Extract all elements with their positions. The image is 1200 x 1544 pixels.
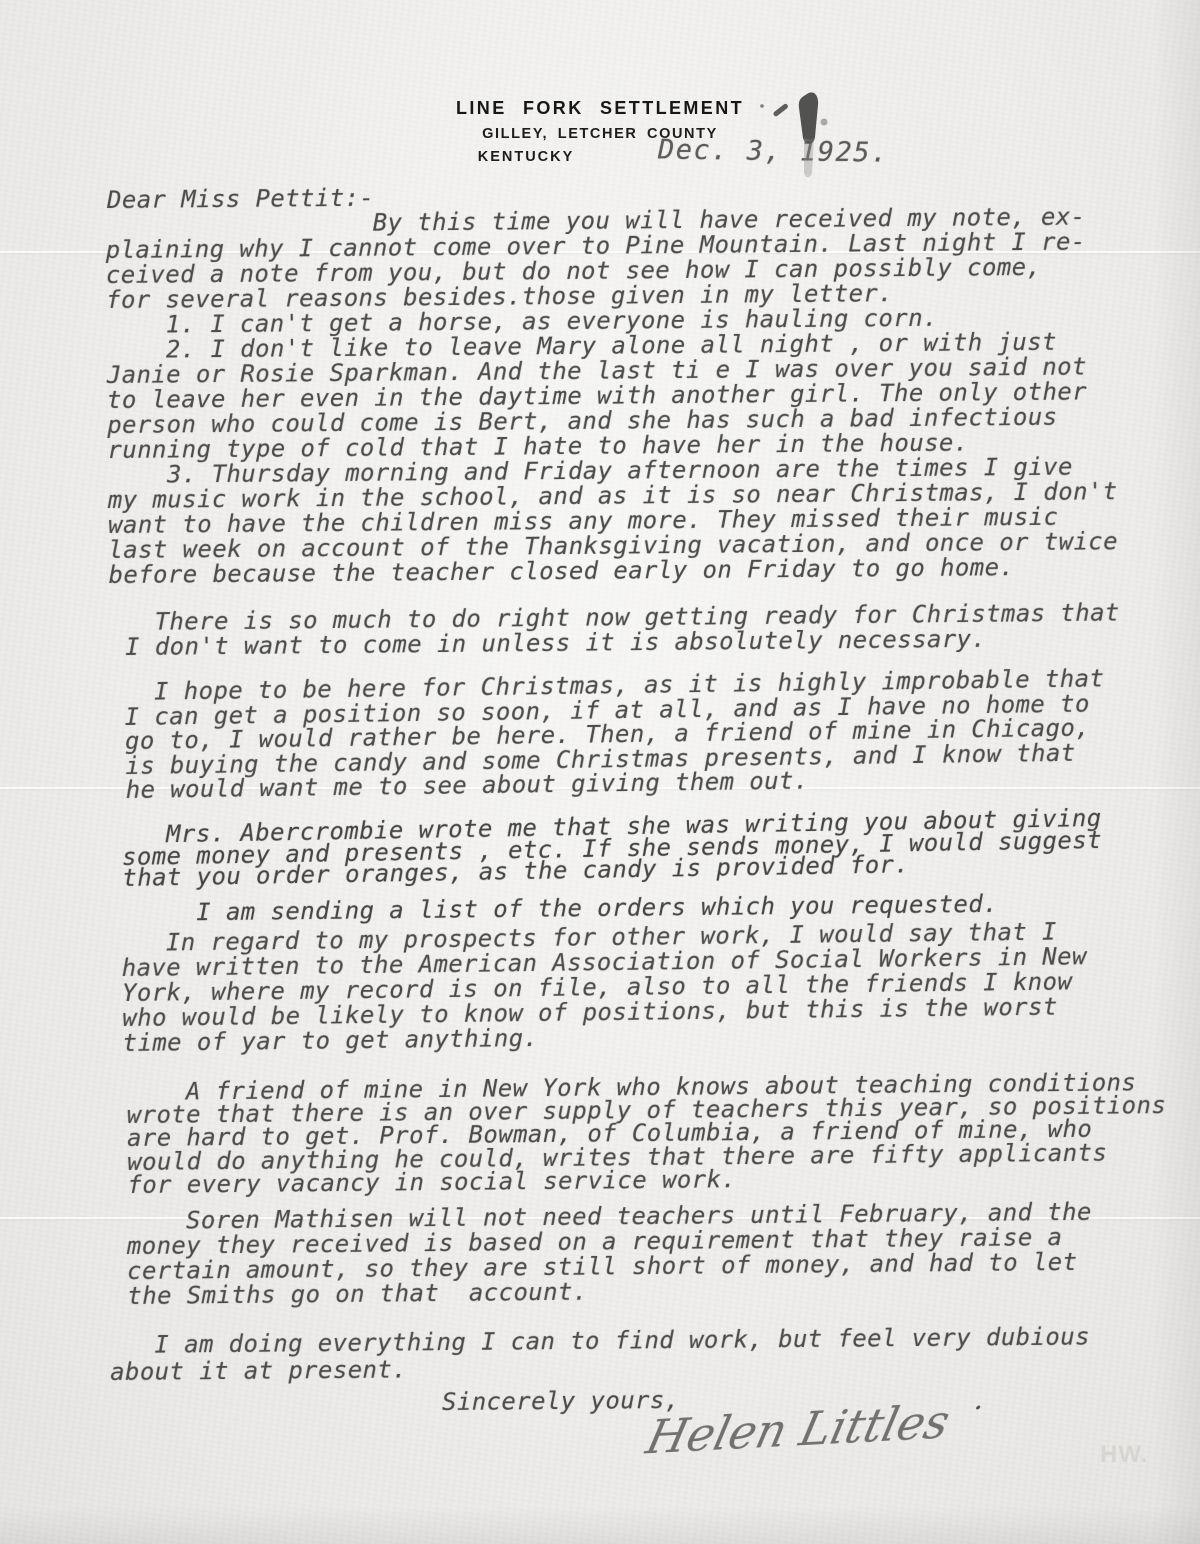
letter-line: the Smiths go on that account. — [127, 1274, 1127, 1309]
letter-line: I don't want to come in unless it is abs… — [125, 625, 1127, 660]
letter-paragraph: By this time you will have received my n… — [105, 204, 1128, 588]
letter-line: before because the teacher closed early … — [108, 554, 1128, 588]
letter-paragraph: Mrs. Abercrombie wrote me that she was w… — [121, 807, 1127, 889]
letter-paragraph: In regard to my prospects for other work… — [121, 919, 1127, 1056]
letter-paragraph: A friend of mine in New York who knows a… — [126, 1071, 1127, 1197]
letter-page: LINE FORK SETTLEMENT GILLEY, LETCHER COU… — [0, 0, 1200, 1544]
hw-watermark: HW. — [1100, 1441, 1148, 1469]
letterhead-location: GILLEY, LETCHER COUNTY — [0, 126, 1200, 142]
letter-line: for every vacancy in social service work… — [127, 1164, 1127, 1197]
letter-body: Dear Miss Pettit:- By this time you will… — [107, 188, 1127, 1412]
letterhead: LINE FORK SETTLEMENT GILLEY, LETCHER COU… — [0, 98, 1200, 165]
letter-paragraph: I hope to be here for Christmas, as it i… — [124, 666, 1128, 802]
letter-paragraph: Soren Mathisen will not need teachers un… — [127, 1199, 1128, 1309]
letter-paragraph: There is so much to do right now getting… — [125, 600, 1127, 660]
letterhead-org: LINE FORK SETTLEMENT — [0, 98, 1200, 119]
ink-blot — [752, 84, 848, 194]
letter-paragraph: I am doing everything I can to find work… — [110, 1323, 1127, 1386]
letterhead-state: KENTUCKY — [0, 149, 1052, 165]
